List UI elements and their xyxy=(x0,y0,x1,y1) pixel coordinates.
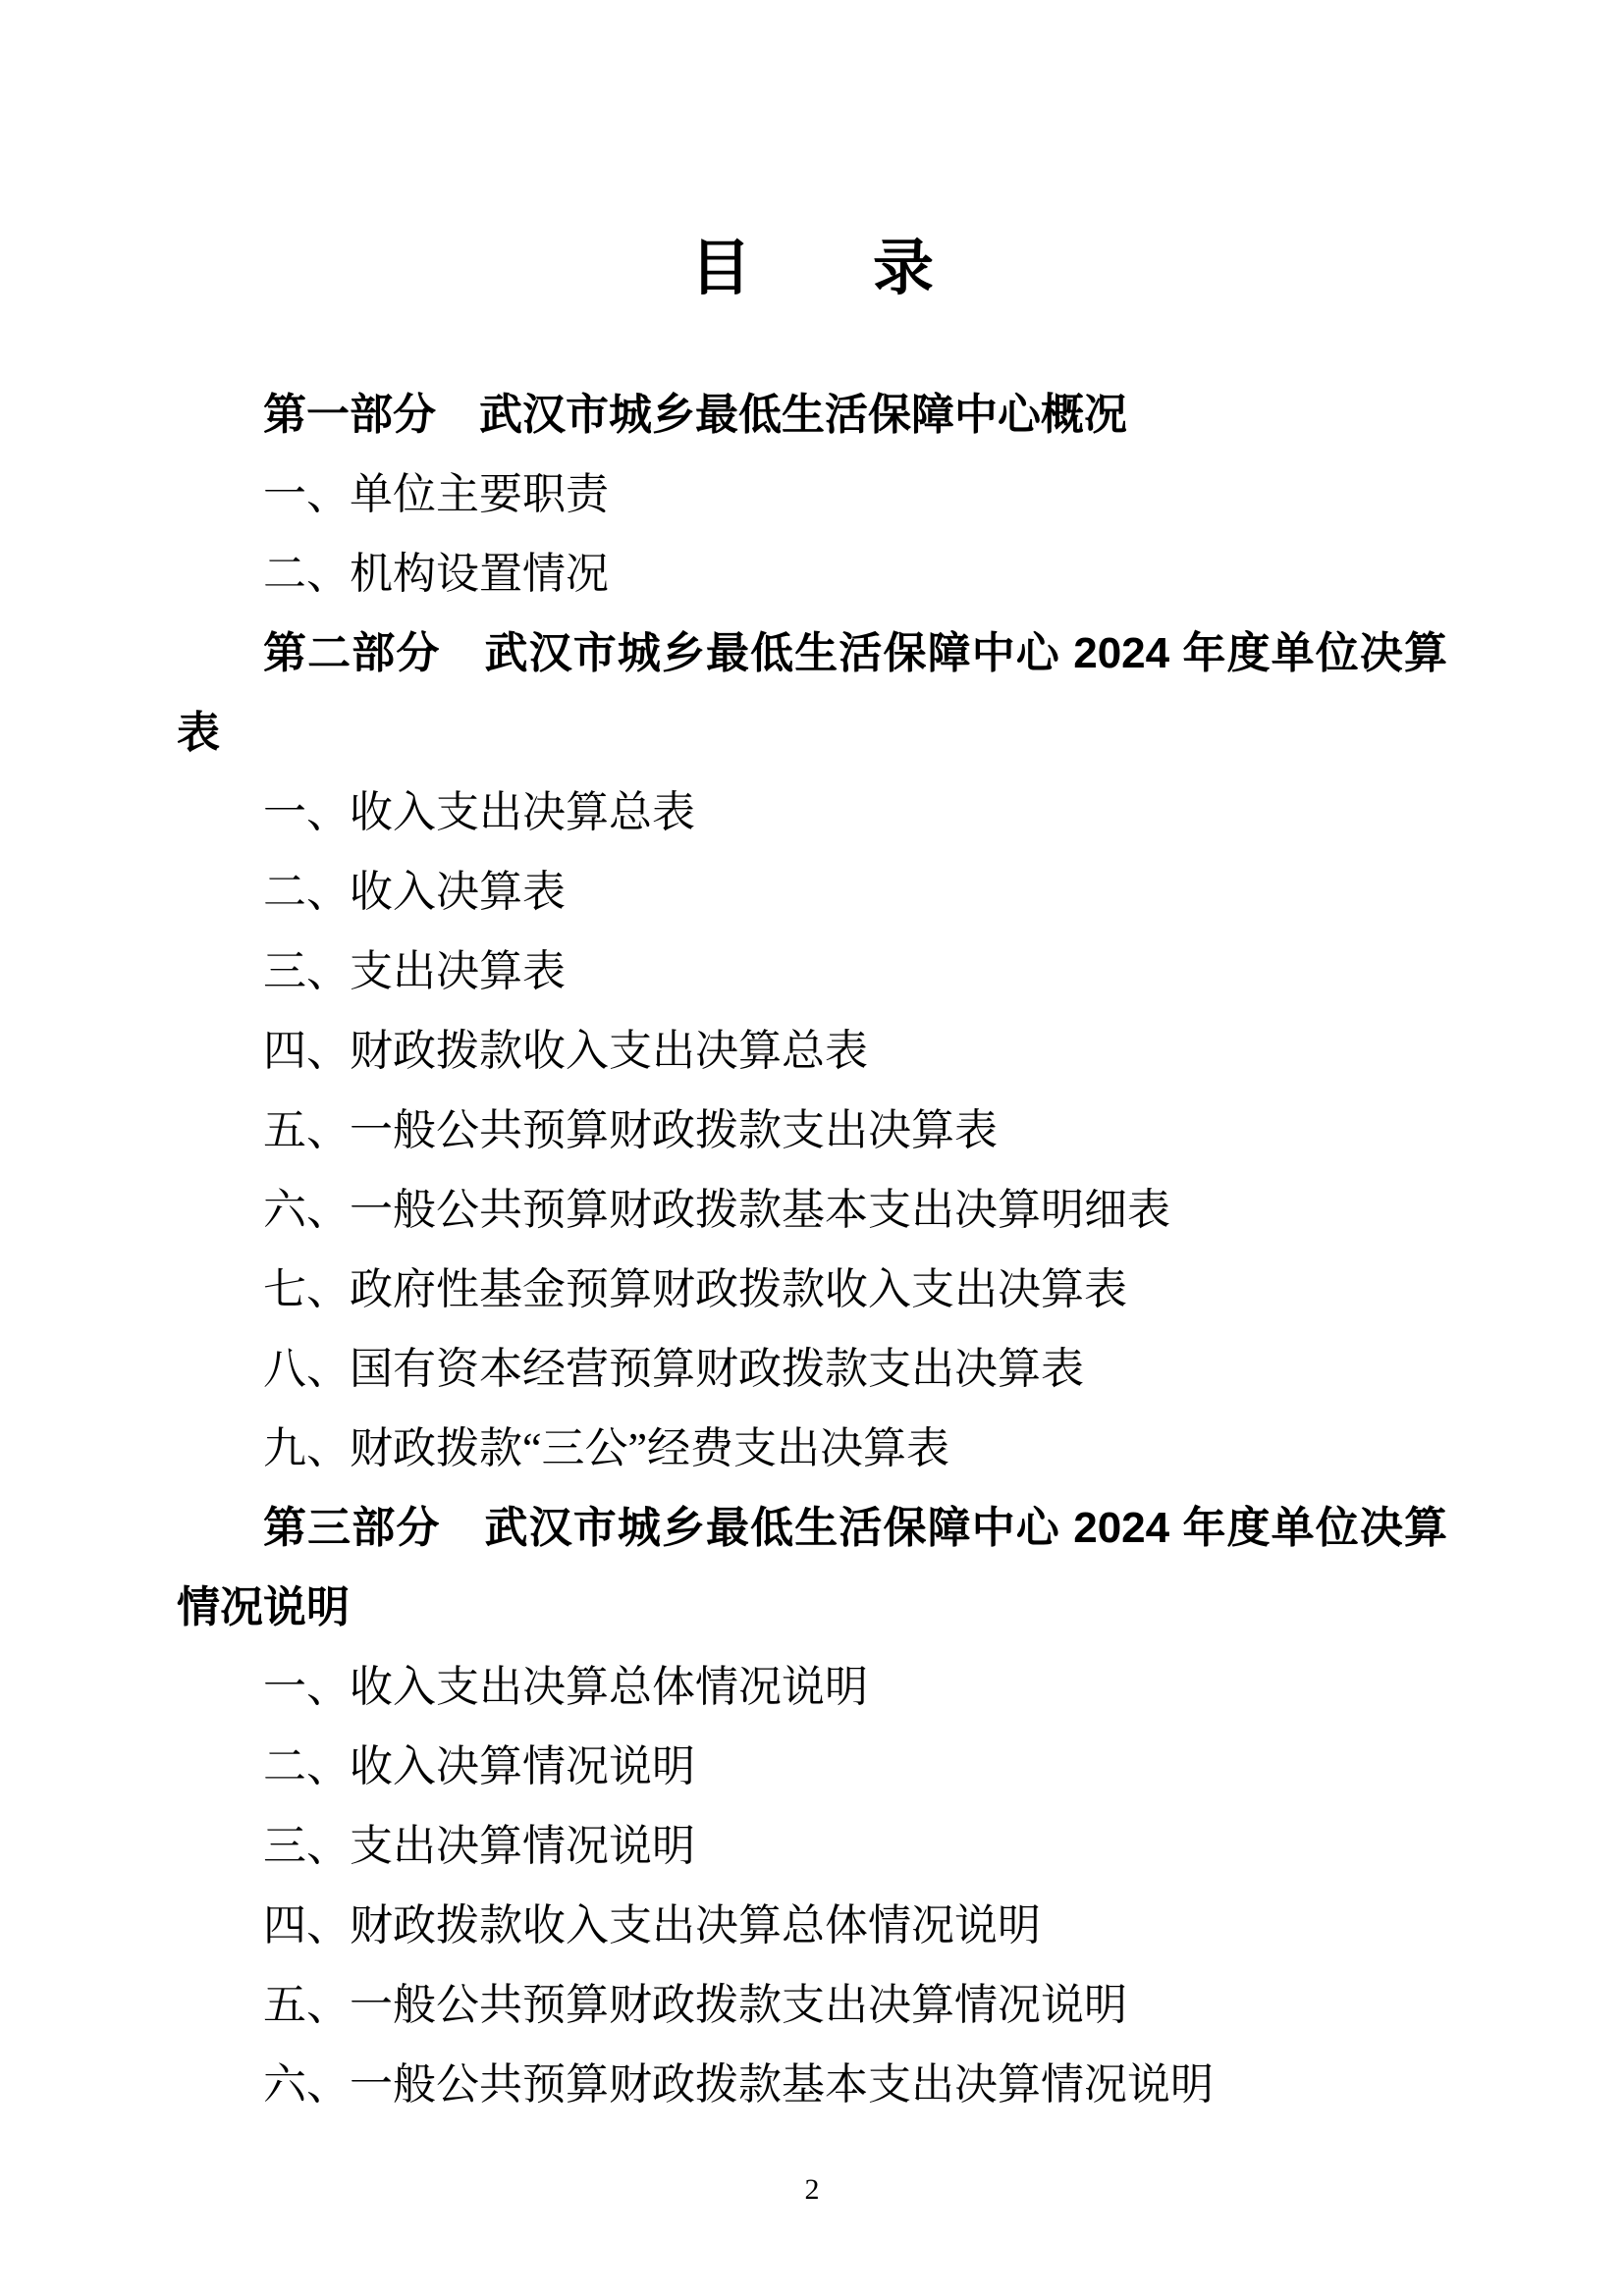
table-of-contents: 第一部分 武汉市城乡最低生活保障中心概况 一、单位主要职责 二、机构设置情况 第… xyxy=(177,375,1447,2124)
toc-item-2-5: 五、一般公共预算财政拨款支出决算表 xyxy=(177,1091,1447,1170)
toc-item-2-6: 六、一般公共预算财政拨款基本支出决算明细表 xyxy=(177,1170,1447,1250)
document-page: 目 录 第一部分 武汉市城乡最低生活保障中心概况 一、单位主要职责 二、机构设置… xyxy=(0,0,1624,2296)
toc-item-1-2: 二、机构设置情况 xyxy=(177,534,1447,614)
toc-item-2-4: 四、财政拨款收入支出决算总表 xyxy=(177,1011,1447,1091)
toc-item-2-1: 一、收入支出决算总表 xyxy=(177,773,1447,852)
toc-item-1-1: 一、单位主要职责 xyxy=(177,454,1447,534)
toc-item-2-7: 七、政府性基金预算财政拨款收入支出决算表 xyxy=(177,1250,1447,1329)
toc-item-3-1: 一、收入支出决算总体情况说明 xyxy=(177,1647,1447,1727)
toc-section-2-heading: 第二部分 武汉市城乡最低生活保障中心 2024 年度单位决算表 xyxy=(177,614,1447,773)
page-number: 2 xyxy=(0,2171,1624,2209)
toc-section-1-heading: 第一部分 武汉市城乡最低生活保障中心概况 xyxy=(177,375,1447,454)
toc-item-2-3: 三、支出决算表 xyxy=(177,932,1447,1011)
toc-item-3-4: 四、财政拨款收入支出决算总体情况说明 xyxy=(177,1886,1447,1965)
toc-section-3-heading: 第三部分 武汉市城乡最低生活保障中心 2024 年度单位决算情况说明 xyxy=(177,1488,1447,1647)
toc-item-2-2: 二、收入决算表 xyxy=(177,852,1447,932)
toc-item-3-2: 二、收入决算情况说明 xyxy=(177,1727,1447,1806)
toc-item-3-3: 三、支出决算情况说明 xyxy=(177,1806,1447,1886)
toc-item-3-6: 六、一般公共预算财政拨款基本支出决算情况说明 xyxy=(177,2045,1447,2124)
toc-item-2-9: 九、财政拨款“三公”经费支出决算表 xyxy=(177,1409,1447,1488)
toc-item-2-8: 八、国有资本经营预算财政拨款支出决算表 xyxy=(177,1329,1447,1409)
toc-item-3-5: 五、一般公共预算财政拨款支出决算情况说明 xyxy=(177,1965,1447,2045)
page-title: 目 录 xyxy=(177,224,1447,314)
